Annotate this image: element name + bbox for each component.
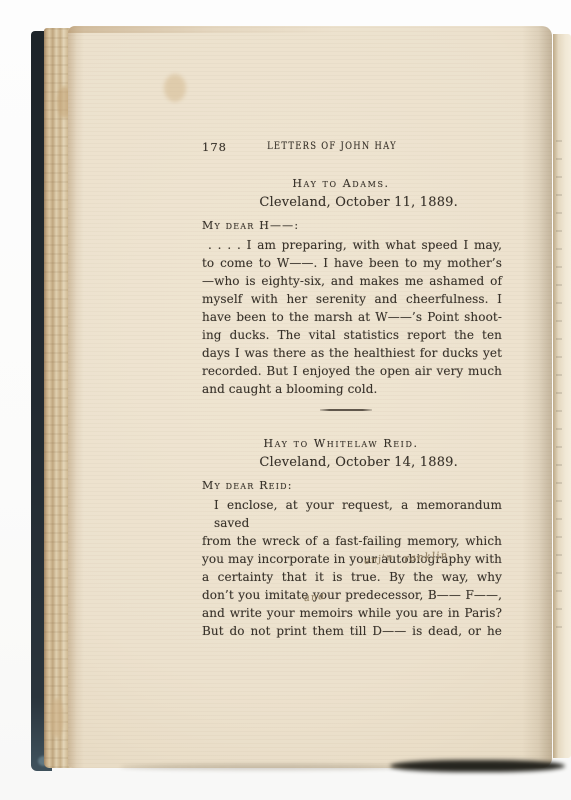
body-line: . . . . I am preparing, with what speed … <box>202 236 502 254</box>
body-line: to come to W——. I have been to my mother… <box>202 254 502 272</box>
letter2-dateline: Cleveland, October 14, 1889. <box>202 454 502 471</box>
body-line: But do not print them till D—— is dead, … <box>202 622 502 640</box>
body-line: ing ducks. The vital statistics report t… <box>202 326 502 344</box>
body-line: a certainty that it is true. By the way,… <box>202 568 502 586</box>
page-edge-stain-bottom <box>50 698 64 738</box>
page-number: 178 <box>202 140 227 154</box>
body-line: from the wreck of a fast-failing memory,… <box>202 532 502 550</box>
letter2-salutation: My dear Reid: <box>202 479 502 493</box>
body-line: and write your memoirs while you are in … <box>202 604 502 622</box>
book-page: 178 LETTERS OF JOHN HAY Hay to Adams. Cl… <box>68 26 552 768</box>
book-photo: 178 LETTERS OF JOHN HAY Hay to Adams. Cl… <box>0 0 571 800</box>
page-margin-stain <box>164 74 186 102</box>
letter1-heading: Hay to Adams. <box>202 177 502 190</box>
section-divider-rule <box>320 409 372 411</box>
body-line: —who is eighty-six, and makes me ashamed… <box>202 272 502 290</box>
body-line: have been to the marsh at W——’s Point sh… <box>202 308 502 326</box>
letter2-body: I enclose, at your request, a memorandum… <box>202 496 502 640</box>
letter1-body: . . . . I am preparing, with what speed … <box>202 236 502 398</box>
body-line: recorded. But I enjoyed the open air ver… <box>202 362 502 380</box>
letter1-salutation: My dear H——: <box>202 219 502 233</box>
page-header: 178 LETTERS OF JOHN HAY <box>202 139 502 153</box>
body-line: myself with her serenity and cheerfulnes… <box>202 290 502 308</box>
body-line: don’t you imitate your predecessor, B—— … <box>202 586 502 604</box>
letter2-heading: Hay to Whitelaw Reid. <box>202 437 502 450</box>
deckled-top-edge <box>68 26 334 33</box>
page-bottom-shadow-soft <box>120 764 410 770</box>
page-bottom-shadow <box>390 760 565 772</box>
body-line: and caught a blooming cold. <box>202 380 502 398</box>
running-head: LETTERS OF JOHN HAY <box>228 140 436 152</box>
letter1-dateline: Cleveland, October 11, 1889. <box>202 194 502 211</box>
facing-page-edge <box>553 34 571 758</box>
body-line: days I was there as the healthiest for d… <box>202 344 502 362</box>
body-line: I enclose, at your request, a memorandum… <box>202 496 502 532</box>
page-content: 178 LETTERS OF JOHN HAY Hay to Adams. Cl… <box>202 139 502 640</box>
body-line: you may incorporate in your autobiograph… <box>202 550 502 568</box>
